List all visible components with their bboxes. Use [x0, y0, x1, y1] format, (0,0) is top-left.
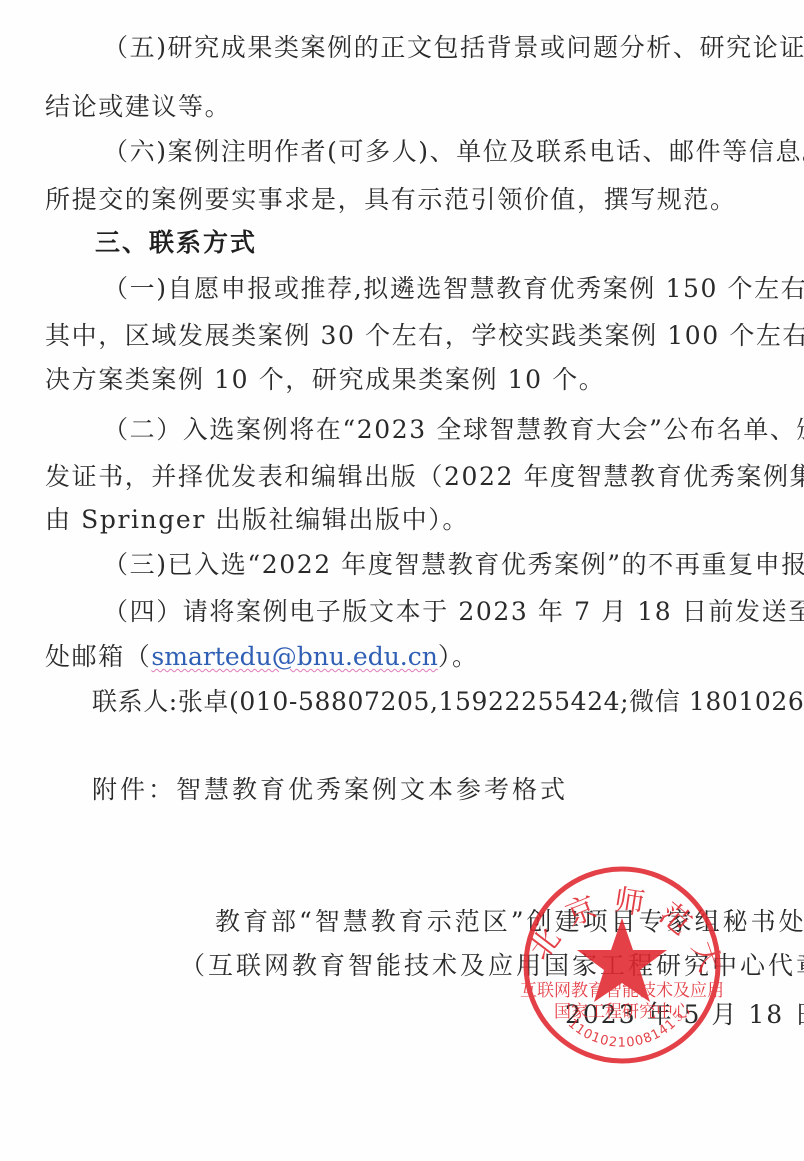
contact-person: 联系人:张卓(010-58807205,15922255424;微信 18010… — [92, 682, 797, 722]
paragraph-5-line-2: 结论或建议等。 — [45, 87, 750, 127]
section-heading-contact: 三、联系方式 — [95, 223, 800, 263]
item-4-line-1: （四）请将案例电子版文本于 2023 年 7 月 18 日前发送至秘书 — [103, 592, 753, 632]
paragraph-5-line-1: （五)研究成果类案例的正文包括背景或问题分析、研究论证、 — [103, 28, 753, 68]
signature-seal-note: （互联网教育智能技术及应用国家工程研究中心代章） — [180, 946, 750, 986]
email-suffix: ）。 — [438, 642, 479, 671]
document-page: （五)研究成果类案例的正文包括背景或问题分析、研究论证、 结论或建议等。 （六)… — [0, 0, 804, 1161]
attachment-note: 附件：智慧教育优秀案例文本参考格式 — [92, 770, 797, 810]
signature-date: 2023 年 5 月 18 日 — [565, 995, 755, 1035]
item-1-line-3: 决方案类案例 10 个，研究成果类案例 10 个。 — [45, 360, 750, 400]
item-2-line-2: 发证书，并择优发表和编辑出版（2022 年度智慧教育优秀案例集已 — [45, 457, 750, 497]
item-2-line-3: 由 Springer 出版社编辑出版中）。 — [45, 500, 750, 540]
paragraph-6-line-2: 所提交的案例要实事求是，具有示范引领价值，撰写规范。 — [45, 180, 750, 220]
email-link[interactable]: smartedu@bnu.edu.cn — [151, 642, 437, 671]
signature-organization: 教育部“智慧教育示范区”创建项目专家组秘书处 — [215, 902, 755, 942]
item-2-line-1: （二）入选案例将在“2023 全球智慧教育大会”公布名单、颁 — [103, 410, 753, 450]
item-1-line-2: 其中，区域发展类案例 30 个左右，学校实践类案例 100 个左右，解 — [45, 316, 750, 356]
paragraph-6-line-1: （六)案例注明作者(可多人)、单位及联系电话、邮件等信息。 — [103, 132, 753, 172]
item-4-line-2: 处邮箱（smartedu@bnu.edu.cn）。 — [45, 637, 750, 677]
email-label: 处邮箱（ — [45, 642, 151, 671]
item-1-line-1: （一)自愿申报或推荐,拟遴选智慧教育优秀案例 150 个左右， — [103, 269, 753, 309]
item-3-line-1: （三)已入选“2022 年度智慧教育优秀案例”的不再重复申报。 — [103, 545, 753, 585]
